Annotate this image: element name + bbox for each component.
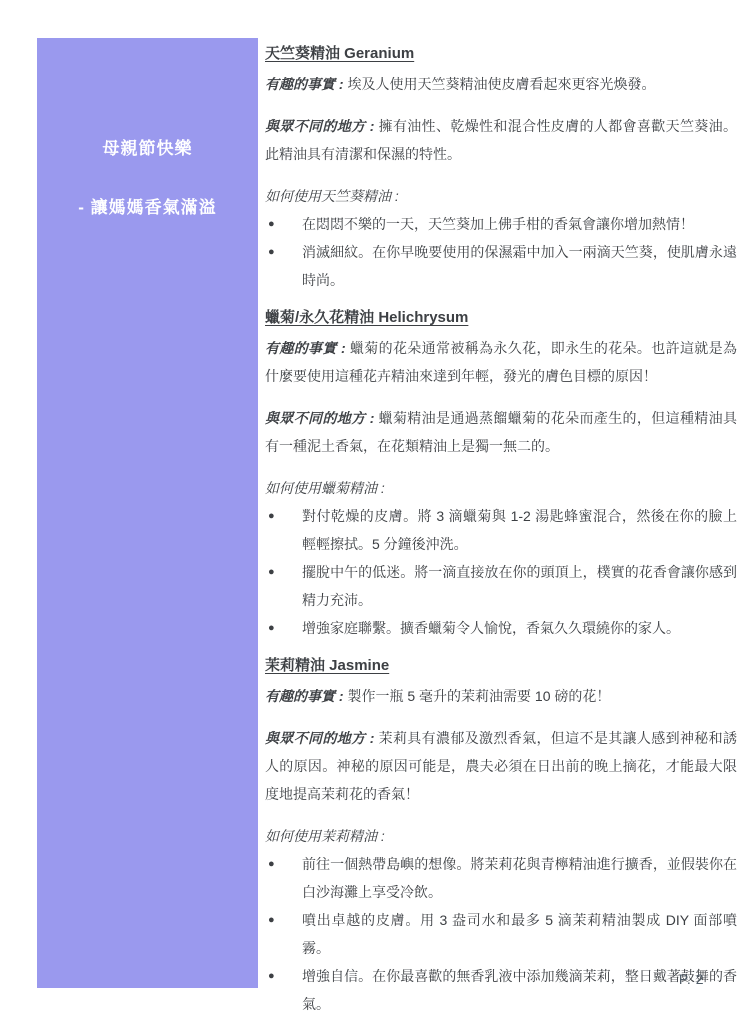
bullet-list: ●對付乾燥的皮膚。將 3 滴蠟菊與 1-2 湯匙蜂蜜混合，然後在你的臉上輕輕擦拭… bbox=[265, 502, 737, 642]
list-item-text: 在悶悶不樂的一天，天竺葵加上佛手柑的香氣會讓你增加熱情！ bbox=[302, 216, 694, 232]
bullet-icon: ● bbox=[268, 558, 275, 586]
bullet-icon: ● bbox=[268, 238, 275, 266]
howto-heading: 如何使用蠟菊精油 : bbox=[265, 474, 737, 502]
bullet-icon: ● bbox=[268, 962, 275, 990]
unique-paragraph: 與眾不同的地方 : 蠟菊精油是通過蒸餾蠟菊的花朵而產生的，但這種精油具有一種泥土… bbox=[265, 404, 737, 460]
document-page: 母親節快樂 - 讓媽媽香氣滿溢 天竺葵精油 Geranium 有趣的事實 : 埃… bbox=[0, 0, 750, 1023]
howto-label: 如何使用茉莉精油 : bbox=[265, 828, 385, 844]
section-geranium: 天竺葵精油 Geranium 有趣的事實 : 埃及人使用天竺葵精油使皮膚看起來更… bbox=[265, 40, 737, 294]
unique-label: 與眾不同的地方 : bbox=[265, 730, 374, 746]
section-title-jasmine: 茉莉精油 Jasmine bbox=[265, 652, 737, 680]
fun-fact-label: 有趣的事實 : bbox=[265, 688, 344, 704]
unique-label: 與眾不同的地方 : bbox=[265, 118, 374, 134]
list-item-text: 對付乾燥的皮膚。將 3 滴蠟菊與 1-2 湯匙蜂蜜混合，然後在你的臉上輕輕擦拭。… bbox=[302, 508, 737, 552]
list-item: ●對付乾燥的皮膚。將 3 滴蠟菊與 1-2 湯匙蜂蜜混合，然後在你的臉上輕輕擦拭… bbox=[265, 502, 737, 558]
bullet-icon: ● bbox=[268, 210, 275, 238]
howto-heading: 如何使用茉莉精油 : bbox=[265, 822, 737, 850]
howto-label: 如何使用天竺葵精油 : bbox=[265, 188, 399, 204]
list-item: ●噴出卓越的皮膚。用 3 盎司水和最多 5 滴茉莉精油製成 DIY 面部噴霧。 bbox=[265, 906, 737, 962]
fun-fact-paragraph: 有趣的事實 : 蠟菊的花朵通常被稱為永久花，即永生的花朵。也許這就是為什麼要使用… bbox=[265, 334, 737, 390]
bullet-icon: ● bbox=[268, 614, 275, 642]
fun-fact-text: 製作一瓶 5 毫升的茉莉油需要 10 磅的花！ bbox=[347, 688, 610, 704]
fun-fact-text: 埃及人使用天竺葵精油使皮膚看起來更容光煥發。 bbox=[347, 76, 655, 92]
content-area: 天竺葵精油 Geranium 有趣的事實 : 埃及人使用天竺葵精油使皮膚看起來更… bbox=[265, 40, 737, 1023]
unique-paragraph: 與眾不同的地方 : 茉莉具有濃郁及激烈香氣，但這不是其讓人感到神秘和誘人的原因。… bbox=[265, 724, 737, 808]
fun-fact-label: 有趣的事實 : bbox=[265, 340, 346, 356]
sidebar-banner: 母親節快樂 - 讓媽媽香氣滿溢 bbox=[37, 38, 258, 988]
list-item-text: 擺脫中午的低迷。將一滴直接放在你的頭頂上，樸實的花香會讓你感到精力充沛。 bbox=[302, 564, 737, 608]
howto-label: 如何使用蠟菊精油 : bbox=[265, 480, 385, 496]
bullet-icon: ● bbox=[268, 850, 275, 878]
section-title-geranium: 天竺葵精油 Geranium bbox=[265, 40, 737, 68]
bullet-list: ●在悶悶不樂的一天，天竺葵加上佛手柑的香氣會讓你增加熱情！ ●消滅細紋。在你早晚… bbox=[265, 210, 737, 294]
sidebar-title: 母親節快樂 bbox=[37, 134, 258, 159]
list-item: ●增強家庭聯繫。擴香蠟菊令人愉悅，香氣久久環繞你的家人。 bbox=[265, 614, 737, 642]
list-item-text: 噴出卓越的皮膚。用 3 盎司水和最多 5 滴茉莉精油製成 DIY 面部噴霧。 bbox=[302, 912, 737, 956]
sidebar-subtitle: - 讓媽媽香氣滿溢 bbox=[37, 193, 258, 218]
list-item-text: 消滅細紋。在你早晚要使用的保濕霜中加入一兩滴天竺葵，使肌膚永遠時尚。 bbox=[302, 244, 737, 288]
fun-fact-label: 有趣的事實 : bbox=[265, 76, 344, 92]
list-item-text: 前往一個熱帶島嶼的想像。將茉莉花與青檸精油進行擴香，並假裝你在白沙海灘上享受冷飲… bbox=[302, 856, 737, 900]
fun-fact-paragraph: 有趣的事實 : 埃及人使用天竺葵精油使皮膚看起來更容光煥發。 bbox=[265, 70, 737, 98]
section-helichrysum: 蠟菊/永久花精油 Helichrysum 有趣的事實 : 蠟菊的花朵通常被稱為永… bbox=[265, 304, 737, 642]
page-number: P. 2 bbox=[679, 971, 704, 987]
list-item-text: 增強自信。在你最喜歡的無香乳液中添加幾滴茉莉，整日戴著鼓舞的香氣。 bbox=[302, 968, 737, 1012]
howto-heading: 如何使用天竺葵精油 : bbox=[265, 182, 737, 210]
section-title-helichrysum: 蠟菊/永久花精油 Helichrysum bbox=[265, 304, 737, 332]
bullet-icon: ● bbox=[268, 502, 275, 530]
list-item: ●在悶悶不樂的一天，天竺葵加上佛手柑的香氣會讓你增加熱情！ bbox=[265, 210, 737, 238]
list-item: ●消滅細紋。在你早晚要使用的保濕霜中加入一兩滴天竺葵，使肌膚永遠時尚。 bbox=[265, 238, 737, 294]
bullet-list: ●前往一個熱帶島嶼的想像。將茉莉花與青檸精油進行擴香，並假裝你在白沙海灘上享受冷… bbox=[265, 850, 737, 1018]
fun-fact-paragraph: 有趣的事實 : 製作一瓶 5 毫升的茉莉油需要 10 磅的花！ bbox=[265, 682, 737, 710]
unique-paragraph: 與眾不同的地方 : 擁有油性、乾燥性和混合性皮膚的人都會喜歡天竺葵油。此精油具有… bbox=[265, 112, 737, 168]
section-jasmine: 茉莉精油 Jasmine 有趣的事實 : 製作一瓶 5 毫升的茉莉油需要 10 … bbox=[265, 652, 737, 1018]
list-item: ●前往一個熱帶島嶼的想像。將茉莉花與青檸精油進行擴香，並假裝你在白沙海灘上享受冷… bbox=[265, 850, 737, 906]
bullet-icon: ● bbox=[268, 906, 275, 934]
list-item: ●增強自信。在你最喜歡的無香乳液中添加幾滴茉莉，整日戴著鼓舞的香氣。 bbox=[265, 962, 737, 1018]
list-item-text: 增強家庭聯繫。擴香蠟菊令人愉悅，香氣久久環繞你的家人。 bbox=[302, 620, 680, 636]
unique-label: 與眾不同的地方 : bbox=[265, 410, 374, 426]
list-item: ●擺脫中午的低迷。將一滴直接放在你的頭頂上，樸實的花香會讓你感到精力充沛。 bbox=[265, 558, 737, 614]
